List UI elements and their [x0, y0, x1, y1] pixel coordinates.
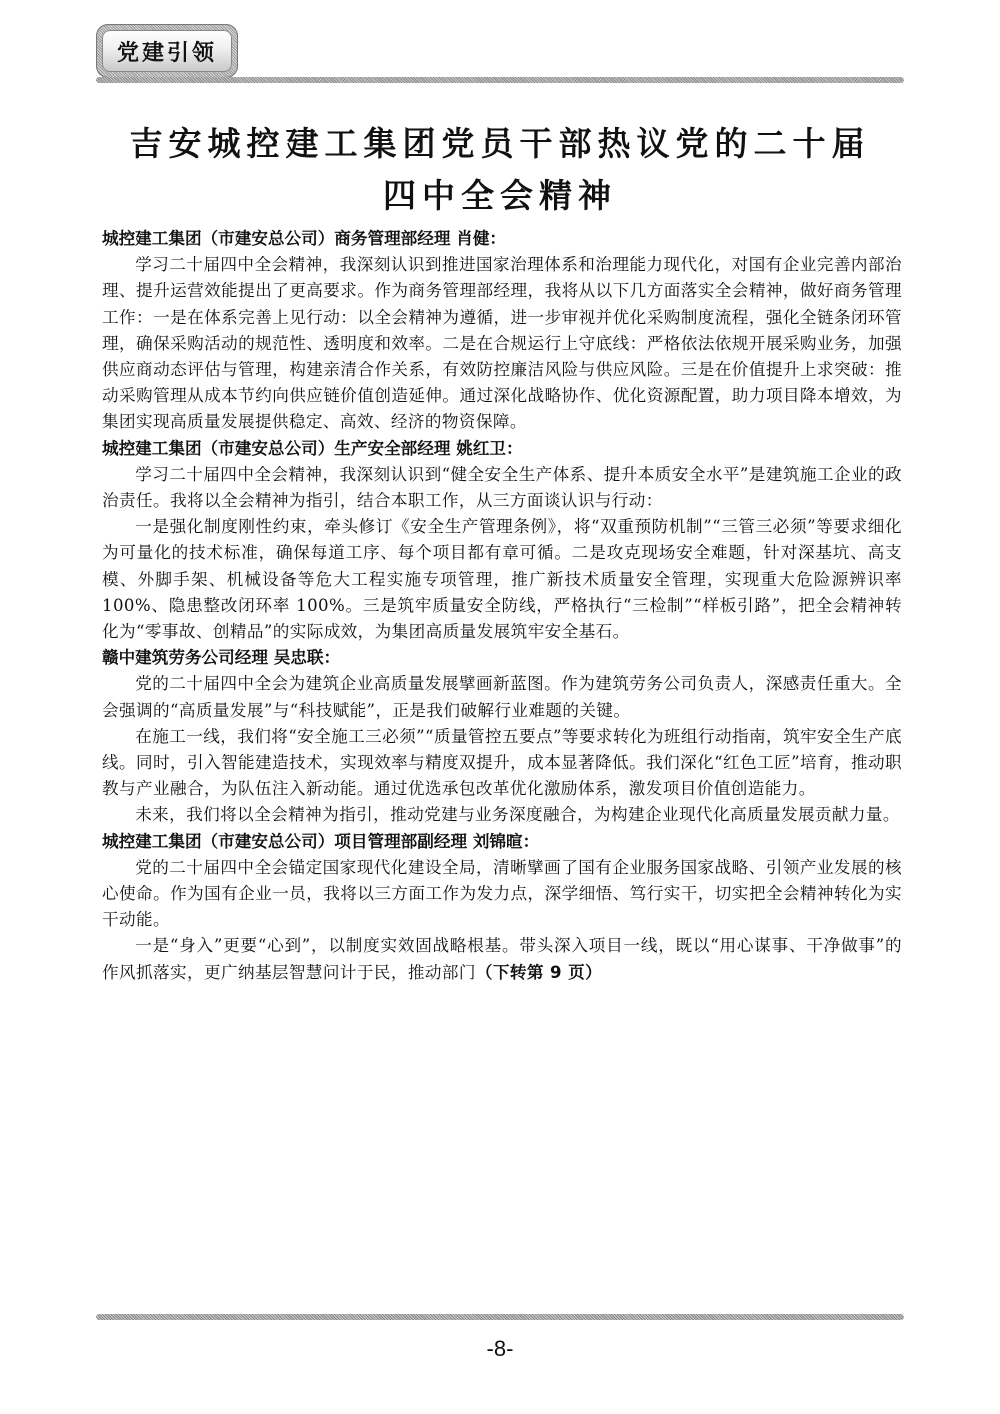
title-line-1: 吉安城控建工集团党员干部热议党的二十届: [100, 118, 900, 170]
continued-note: （下转第 9 页）: [476, 963, 602, 982]
paragraph: 一是“身入”更要“心到”，以制度实效固战略根基。带头深入项目一线，既以“用心谋事…: [102, 933, 902, 985]
section-xiao-jian: 城控建工集团（市建安总公司）商务管理部经理 肖健： 学习二十届四中全会精神，我深…: [102, 226, 902, 436]
speaker-heading: 城控建工集团（市建安总公司）商务管理部经理 肖健：: [102, 226, 902, 252]
footer-divider: [96, 1314, 904, 1320]
paragraph: 学习二十届四中全会精神，我深刻认识到推进国家治理体系和治理能力现代化，对国有企业…: [102, 252, 902, 435]
section-yao-hongwei: 城控建工集团（市建安总公司）生产安全部经理 姚红卫： 学习二十届四中全会精神，我…: [102, 436, 902, 646]
section-tab-inner: 党建引领: [102, 30, 232, 72]
paragraph: 党的二十届四中全会锚定国家现代化建设全局，清晰擘画了国有企业服务国家战略、引领产…: [102, 855, 902, 934]
speaker-heading: 城控建工集团（市建安总公司）项目管理部副经理 刘锦暄：: [102, 829, 902, 855]
paragraph: 在施工一线，我们将“安全施工三必须”“质量管控五要点”等要求转化为班组行动指南，…: [102, 724, 902, 803]
speaker-heading: 城控建工集团（市建安总公司）生产安全部经理 姚红卫：: [102, 436, 902, 462]
section-wu-zhonglian: 赣中建筑劳务公司经理 吴忠联： 党的二十届四中全会为建筑企业高质量发展擘画新蓝图…: [102, 645, 902, 828]
speaker-heading: 赣中建筑劳务公司经理 吴忠联：: [102, 645, 902, 671]
header-divider: [96, 77, 904, 83]
paragraph: 学习二十届四中全会精神，我深刻认识到“健全安全生产体系、提升本质安全水平”是建筑…: [102, 462, 902, 514]
section-label: 党建引领: [117, 36, 217, 67]
paragraph: 一是强化制度刚性约束，牵头修订《安全生产管理条例》，将“双重预防机制”“三管三必…: [102, 514, 902, 645]
page-number: -8-: [0, 1336, 1000, 1362]
paragraph: 党的二十届四中全会为建筑企业高质量发展擘画新蓝图。作为建筑劳务公司负责人，深感责…: [102, 671, 902, 723]
paragraph: 未来，我们将以全会精神为指引，推动党建与业务深度融合，为构建企业现代化高质量发展…: [102, 802, 902, 828]
section-tab: 党建引领: [96, 24, 238, 78]
section-liu-jinxuan: 城控建工集团（市建安总公司）项目管理部副经理 刘锦暄： 党的二十届四中全会锚定国…: [102, 829, 902, 986]
title-line-2: 四中全会精神: [100, 170, 900, 222]
article-title: 吉安城控建工集团党员干部热议党的二十届 四中全会精神: [100, 118, 900, 222]
article-body: 城控建工集团（市建安总公司）商务管理部经理 肖健： 学习二十届四中全会精神，我深…: [102, 226, 902, 986]
